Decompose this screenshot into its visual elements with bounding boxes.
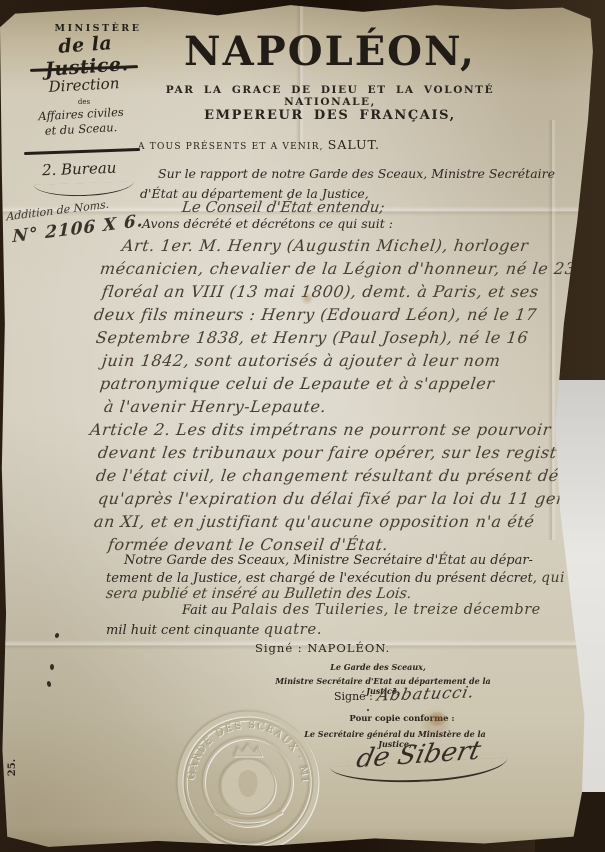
handwritten-line: de l'état civil, le changement résultant… [95,464,570,487]
abbatucci-signature: Abbatucci. [376,682,477,704]
handwritten-line: qu'après l'expiration du délai fixé par … [97,487,570,510]
fait-au-hand: Palais des Tuileries, le treize décembre [232,602,541,618]
handwritten-line: deux fils mineurs : Henry (Edouard Léon)… [93,303,570,326]
handwritten-line: Septembre 1838, et Henry (Paul Joseph), … [95,326,570,349]
closing-line1: Notre Garde des Sceaux, Ministre Secréta… [124,553,533,568]
handwritten-line: floréal an VIII (13 mai 1800), demt. à P… [101,280,570,303]
bureau-flourish [34,181,134,197]
closing-line2-hand: qui [541,570,565,586]
napoleon-signature-line: Signé : NAPOLÉON. [255,641,390,655]
photo-of-document: MINISTÈRE de la Justice. Direction des A… [0,0,605,852]
letterhead-bureau: 2. Bureau [42,159,117,180]
handwritten-line: à l'avenir Henry-Lepaute. [103,395,570,418]
closing-date-line: mil huit cent cinquante quatre. [106,620,322,638]
date-hand: quatre. [263,620,322,638]
document-subtitle2: EMPEREUR DES FRANÇAIS, [130,108,530,123]
preamble-line1: Sur le rapport de notre Garde des Sceaux… [158,166,555,181]
handwritten-line: patronymique celui de Lepaute et à s'app… [99,372,570,395]
handwritten-line: Article 2. Les dits impétrans ne pourron… [89,418,570,441]
stray-pen-stroke [569,284,597,299]
handwritten-line: devant les tribunaux pour faire opérer, … [97,441,570,464]
fold-crease [296,0,304,150]
embossed-ministry-seal: GARDE DES SCEAUX · MINISTRE DE LA JUSTIC… [170,704,326,852]
signe-label: Signé : [334,690,373,703]
handwritten-body: Art. 1er. M. Henry (Augustin Michel), ho… [88,234,568,556]
closing-line2: tement de la Justice, est chargé de l'ex… [106,570,565,586]
ink-speck [46,681,51,688]
ink-speck [54,632,59,638]
garde-des-sceaux-line1: Le Garde des Sceaux, [278,662,478,672]
preamble-line3: Avons décrété et décrétons ce qui suit : [142,216,393,231]
foxing-stain [428,712,446,726]
margin-page-number: 25. [7,759,18,776]
document-title: NAPOLÉON, [160,28,500,75]
ink-speck [50,664,54,670]
date-printed: mil huit cent cinquante [106,623,259,638]
closing-handwritten-publie: sera publié et inséré au Bulletin des Lo… [105,586,412,602]
letterhead-direction: Direction [34,73,135,96]
handwritten-line: an XI, et en justifiant qu'aucune opposi… [93,510,570,533]
letterhead-rule [24,148,140,155]
salutation-large: SALUT. [328,137,380,152]
document-paper: MINISTÈRE de la Justice. Direction des A… [0,0,605,852]
preamble-handwritten: Le Conseil d'État entendu; [181,198,386,216]
letterhead-ministry-line2: de la Justice. [15,29,158,83]
ink-speck [367,709,369,711]
document-subtitle: PAR LA GRACE DE DIEU ET LA VOLONTÉ NATIO… [130,84,530,108]
handwritten-line: juin 1842, sont autorisés à ajouter à le… [101,349,570,372]
fait-au-printed: Fait au [182,603,228,618]
seal-crown [234,744,262,756]
handwritten-line: mécanicien, chevalier de la Légion d'hon… [99,257,570,280]
copie-conforme-line: Pour copie conforme : [302,714,502,724]
handwritten-line: Art. 1er. M. Henry (Augustin Michel), ho… [121,234,570,257]
salutation-small: A TOUS PRÉSENTS ET A VENIR, [138,142,328,152]
salutation-line: A TOUS PRÉSENTS ET A VENIR, SALUT. [138,137,380,152]
closing-fait-line: Fait au Palais des Tuileries, le treize … [182,602,541,618]
foxing-stain [300,293,314,304]
closing-line2-printed: tement de la Justice, est chargé de l'ex… [106,571,537,586]
